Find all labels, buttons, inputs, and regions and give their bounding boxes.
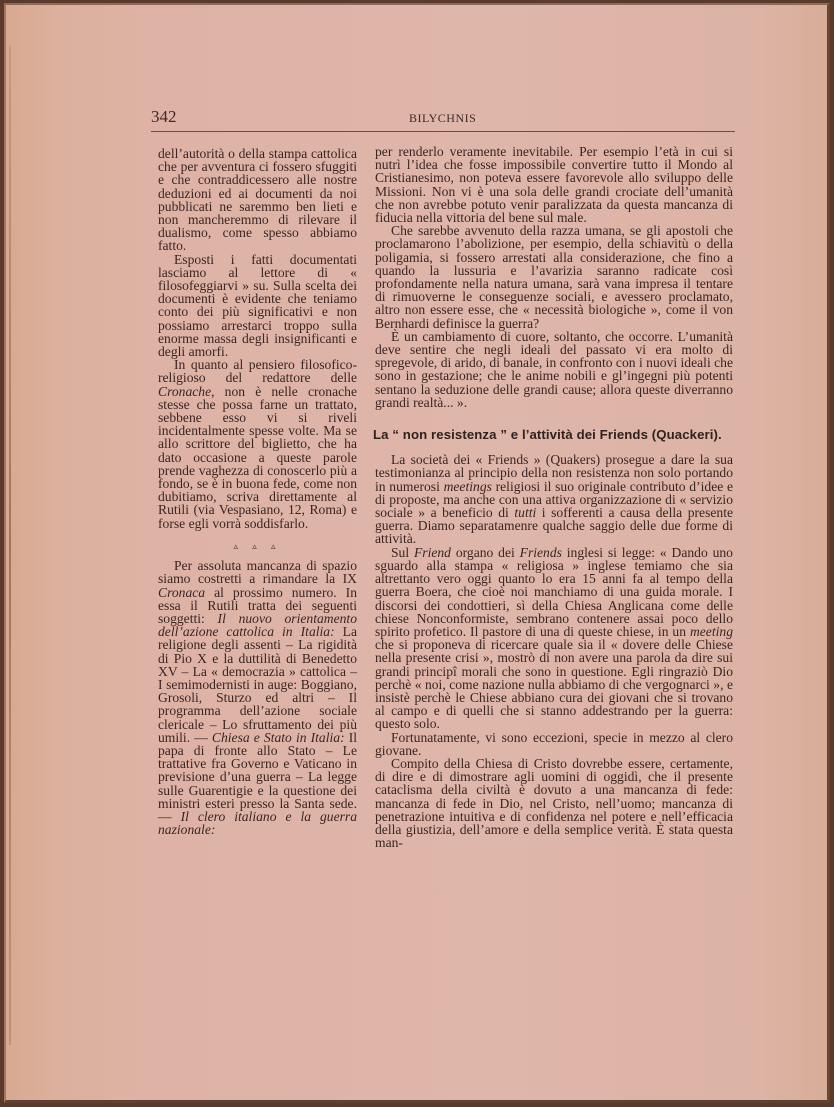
- left-column: dell’autorità o della stampa cattolica c…: [158, 147, 357, 836]
- italic-text: Il clero italiano e la guerra nazionale:: [158, 809, 357, 837]
- paragraph: Per assoluta mancanza di spazio siamo co…: [158, 559, 357, 836]
- text-run: La religione degli assenti – La rigidità…: [158, 624, 357, 745]
- section-heading: La “ non resistenza ” e l’attività dei F…: [373, 428, 733, 441]
- paragraph: Che sarebbe avvenuto della razza umana, …: [375, 224, 733, 330]
- text-run: che si proponeva di ricercare quale sia …: [375, 637, 733, 731]
- paragraph: È un cambiamento di cuore, soltanto, che…: [375, 330, 733, 409]
- page-header: 342 BILYCHNIS: [151, 105, 739, 135]
- running-title: BILYCHNIS: [409, 111, 476, 126]
- paragraph: per renderlo veramente inevitabile. Per …: [375, 145, 733, 224]
- paragraph: Sul Friend organo dei Friends inglesi si…: [375, 546, 733, 731]
- paragraph: In quanto al pensiero filosofico-religio…: [158, 358, 357, 530]
- text-run: inglesi si legge: « Dando uno sguardo al…: [375, 545, 733, 639]
- right-column: per renderlo veramente inevitabile. Per …: [375, 145, 733, 849]
- paragraph: La società dei « Friends » (Quakers) pro…: [375, 453, 733, 545]
- paragraph: Esposti i fatti documentati lasciamo al …: [158, 253, 357, 359]
- paragraph: dell’autorità o della stampa cattolica c…: [158, 147, 357, 253]
- section-separator-ornament: ▵ ▵ ▵: [158, 540, 357, 553]
- text-run: , non è nelle cronache stesse che possa …: [158, 384, 357, 531]
- paragraph: Fortunatamente, vi sono eccezioni, speci…: [375, 731, 733, 757]
- text-run: In quanto al pensiero filosofico-religio…: [158, 357, 357, 385]
- header-rule: [151, 131, 735, 132]
- page-number: 342: [151, 107, 177, 127]
- book-page: 342 BILYCHNIS dell’autorità o della stam…: [4, 3, 830, 1103]
- text-run: Per assoluta mancanza di spazio siamo co…: [158, 558, 357, 586]
- paragraph: Compito della Chiesa di Cristo dovrebbe …: [375, 757, 733, 849]
- page-spine-shadow: [9, 45, 11, 1045]
